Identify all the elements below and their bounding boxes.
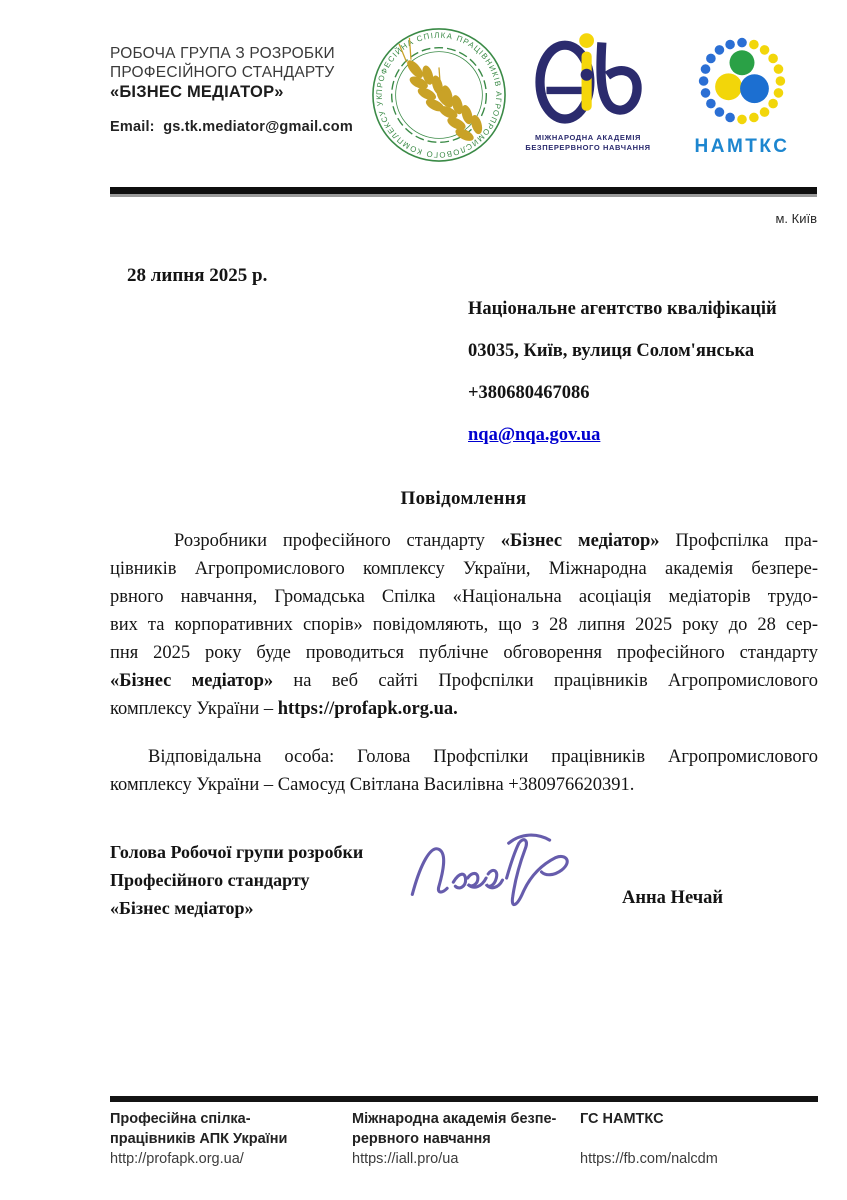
footer-url: https://iall.pro/ua: [352, 1150, 580, 1168]
email-label: Email:: [110, 119, 155, 135]
footer-title-line: Професійна спілка-: [110, 1109, 352, 1129]
recipient-phone: +380680467086: [468, 383, 818, 404]
namtks-ring-dot: [776, 76, 786, 86]
signoff-line: Голова Робочої групи розробки: [110, 838, 363, 866]
place-label: м. Київ: [517, 211, 817, 226]
text-segment: комплексу України –: [110, 699, 278, 719]
signoff-title: Голова Робочої групи розробкиПрофесійног…: [110, 838, 363, 922]
text-line: Розробники професійного стандарту «Бізне…: [110, 527, 818, 555]
bold-text-segment: https://profapk.org.ua.: [278, 699, 458, 719]
signoff-line: Професійного стандарту: [110, 866, 363, 894]
text-segment: вих та корпоративних спорів» повідомляют…: [110, 615, 818, 635]
text-line: рвного навчання, Громадська Спілка «Наці…: [110, 583, 818, 611]
text-line: цівників Агропромислового комплексу Укра…: [110, 555, 818, 583]
footer: Професійна спілка-працівників АПК Україн…: [110, 1096, 818, 1168]
paragraph: Розробники професійного стандарту «Бізне…: [110, 527, 818, 723]
footer-title-line: ГС НАМТКС: [580, 1109, 718, 1129]
ail-logo: МІЖНАРОДНА АКАДЕМІЯ БЕЗПЕРЕРВНОГО НАВЧАН…: [522, 30, 654, 153]
text-line: пня 2025 року буде проводиться публічне …: [110, 639, 818, 667]
namtks-ring-dot: [749, 113, 759, 123]
namtks-ring-dot: [715, 45, 725, 55]
email-value: gs.tk.mediator@gmail.com: [163, 119, 353, 135]
recipient-address: 03035, Київ, вулиця Солом'янська: [468, 341, 818, 362]
namtks-icon: [694, 33, 790, 129]
org-title-line: РОБОЧА ГРУПА З РОЗРОБКИ: [110, 44, 410, 63]
recipient-block: Національне агентство кваліфікацій 03035…: [468, 299, 818, 467]
text-line: комплексу України – https://profapk.org.…: [110, 695, 818, 723]
paragraph: Відповідальна особа: Голова Профспілки п…: [110, 743, 818, 799]
text-line: комплексу України – Самосуд Світлана Вас…: [110, 771, 818, 799]
ail-caption-line2: БЕЗПЕРЕРВНОГО НАВЧАННЯ: [522, 143, 654, 153]
bold-text-segment: «Бізнес медіатор»: [110, 671, 273, 691]
handwritten-signature: [400, 830, 605, 922]
text-segment: Відповідальна особа: Голова Профспілки п…: [148, 747, 818, 767]
org-title-line: ПРОФЕСІЙНОГО СТАНДАРТУ: [110, 63, 410, 82]
letter-title: Повідомлення: [110, 488, 817, 510]
signatory-name: Анна Нечай: [622, 888, 723, 909]
text-segment: цівників Агропромислового комплексу Укра…: [110, 559, 818, 579]
namtks-ring-dot: [737, 115, 747, 125]
namtks-ring-dot: [760, 107, 770, 117]
footer-title-line: Міжнародна академія безпе-: [352, 1109, 580, 1129]
namtks-ring-dot: [774, 64, 784, 74]
namtks-ring-dot: [701, 64, 711, 74]
text-line: вих та корпоративних спорів» повідомляют…: [110, 611, 818, 639]
org-title-line: «БІЗНЕС МЕДІАТОР»: [110, 83, 410, 102]
ail-caption-line1: МІЖНАРОДНА АКАДЕМІЯ: [522, 133, 654, 143]
footer-url: https://fb.com/nalcdm: [580, 1150, 718, 1168]
text-line: «Бізнес медіатор» на веб сайті Профспілк…: [110, 667, 818, 695]
footer-title-line: працівників АПК України: [110, 1129, 352, 1149]
namtks-ring-dot: [768, 99, 778, 109]
text-segment: пня 2025 року буде проводиться публічне …: [110, 643, 818, 663]
text-segment: Розробники професійного стандарту: [174, 531, 501, 551]
recipient-name: Національне агентство кваліфікацій: [468, 299, 818, 320]
text-segment: на веб сайті Профспілки працівників Агро…: [273, 671, 818, 691]
text-segment: комплексу України – Самосуд Світлана Вас…: [110, 775, 634, 795]
ail-icon: [528, 30, 648, 125]
namtks-ring-dot: [706, 99, 716, 109]
footer-column: Міжнародна академія безпе-рервного навча…: [352, 1109, 580, 1168]
union-emblem-logo: ПРОФЕСІЙНА СПІЛКА ПРАЦІВНИКІВ АГРОПРОМИС…: [370, 26, 508, 164]
union-emblem-icon: ПРОФЕСІЙНА СПІЛКА ПРАЦІВНИКІВ АГРОПРОМИС…: [370, 26, 508, 164]
bold-text-segment: «Бізнес медіатор»: [501, 531, 660, 551]
namtks-logo: НАМТКС: [688, 33, 796, 158]
namtks-ring-dot: [701, 88, 711, 98]
namtks-ring-dot: [737, 38, 747, 48]
header-divider: [110, 187, 817, 197]
footer-column: Професійна спілка-працівників АПК Україн…: [110, 1109, 352, 1168]
namtks-ring-dot: [774, 88, 784, 98]
footer-org-title: Міжнародна академія безпе-рервного навча…: [352, 1109, 580, 1150]
signature-ink-icon: [400, 830, 605, 922]
footer-org-title: ГС НАМТКС: [580, 1109, 718, 1150]
namtks-ring-dot: [706, 54, 716, 64]
recipient-email-link[interactable]: nqa@nqa.gov.ua: [468, 425, 600, 445]
namtks-ring-dot: [715, 107, 725, 117]
text-line: Відповідальна особа: Голова Профспілки п…: [110, 743, 818, 771]
signoff-line: «Бізнес медіатор»: [110, 894, 363, 922]
namtks-ring-dot: [725, 40, 735, 50]
namtks-caption: НАМТКС: [688, 136, 796, 158]
namtks-ring-dot: [699, 76, 709, 86]
namtks-ring-dot: [749, 40, 759, 50]
org-title: РОБОЧА ГРУПА З РОЗРОБКИПРОФЕСІЙНОГО СТАН…: [110, 44, 410, 102]
body-paragraphs: Розробники професійного стандарту «Бізне…: [110, 527, 818, 819]
letterhead-org-block: РОБОЧА ГРУПА З РОЗРОБКИПРОФЕСІЙНОГО СТАН…: [110, 44, 410, 135]
text-segment: Профспілка пра-: [659, 531, 818, 551]
letter-page: РОБОЧА ГРУПА З РОЗРОБКИПРОФЕСІЙНОГО СТАН…: [0, 0, 847, 1200]
text-segment: рвного навчання, Громадська Спілка «Наці…: [110, 587, 818, 607]
footer-column: ГС НАМТКСhttps://fb.com/nalcdm: [580, 1109, 718, 1168]
footer-title-line: рервного навчання: [352, 1129, 580, 1149]
namtks-ring-dot: [768, 54, 778, 64]
footer-org-title: Професійна спілка-працівників АПК Україн…: [110, 1109, 352, 1150]
org-email-line: Email: gs.tk.mediator@gmail.com: [110, 119, 410, 135]
footer-url: http://profapk.org.ua/: [110, 1150, 352, 1168]
letter-date: 28 липня 2025 р.: [127, 265, 267, 287]
namtks-ring-dot: [725, 113, 735, 123]
namtks-ring-dot: [760, 45, 770, 55]
